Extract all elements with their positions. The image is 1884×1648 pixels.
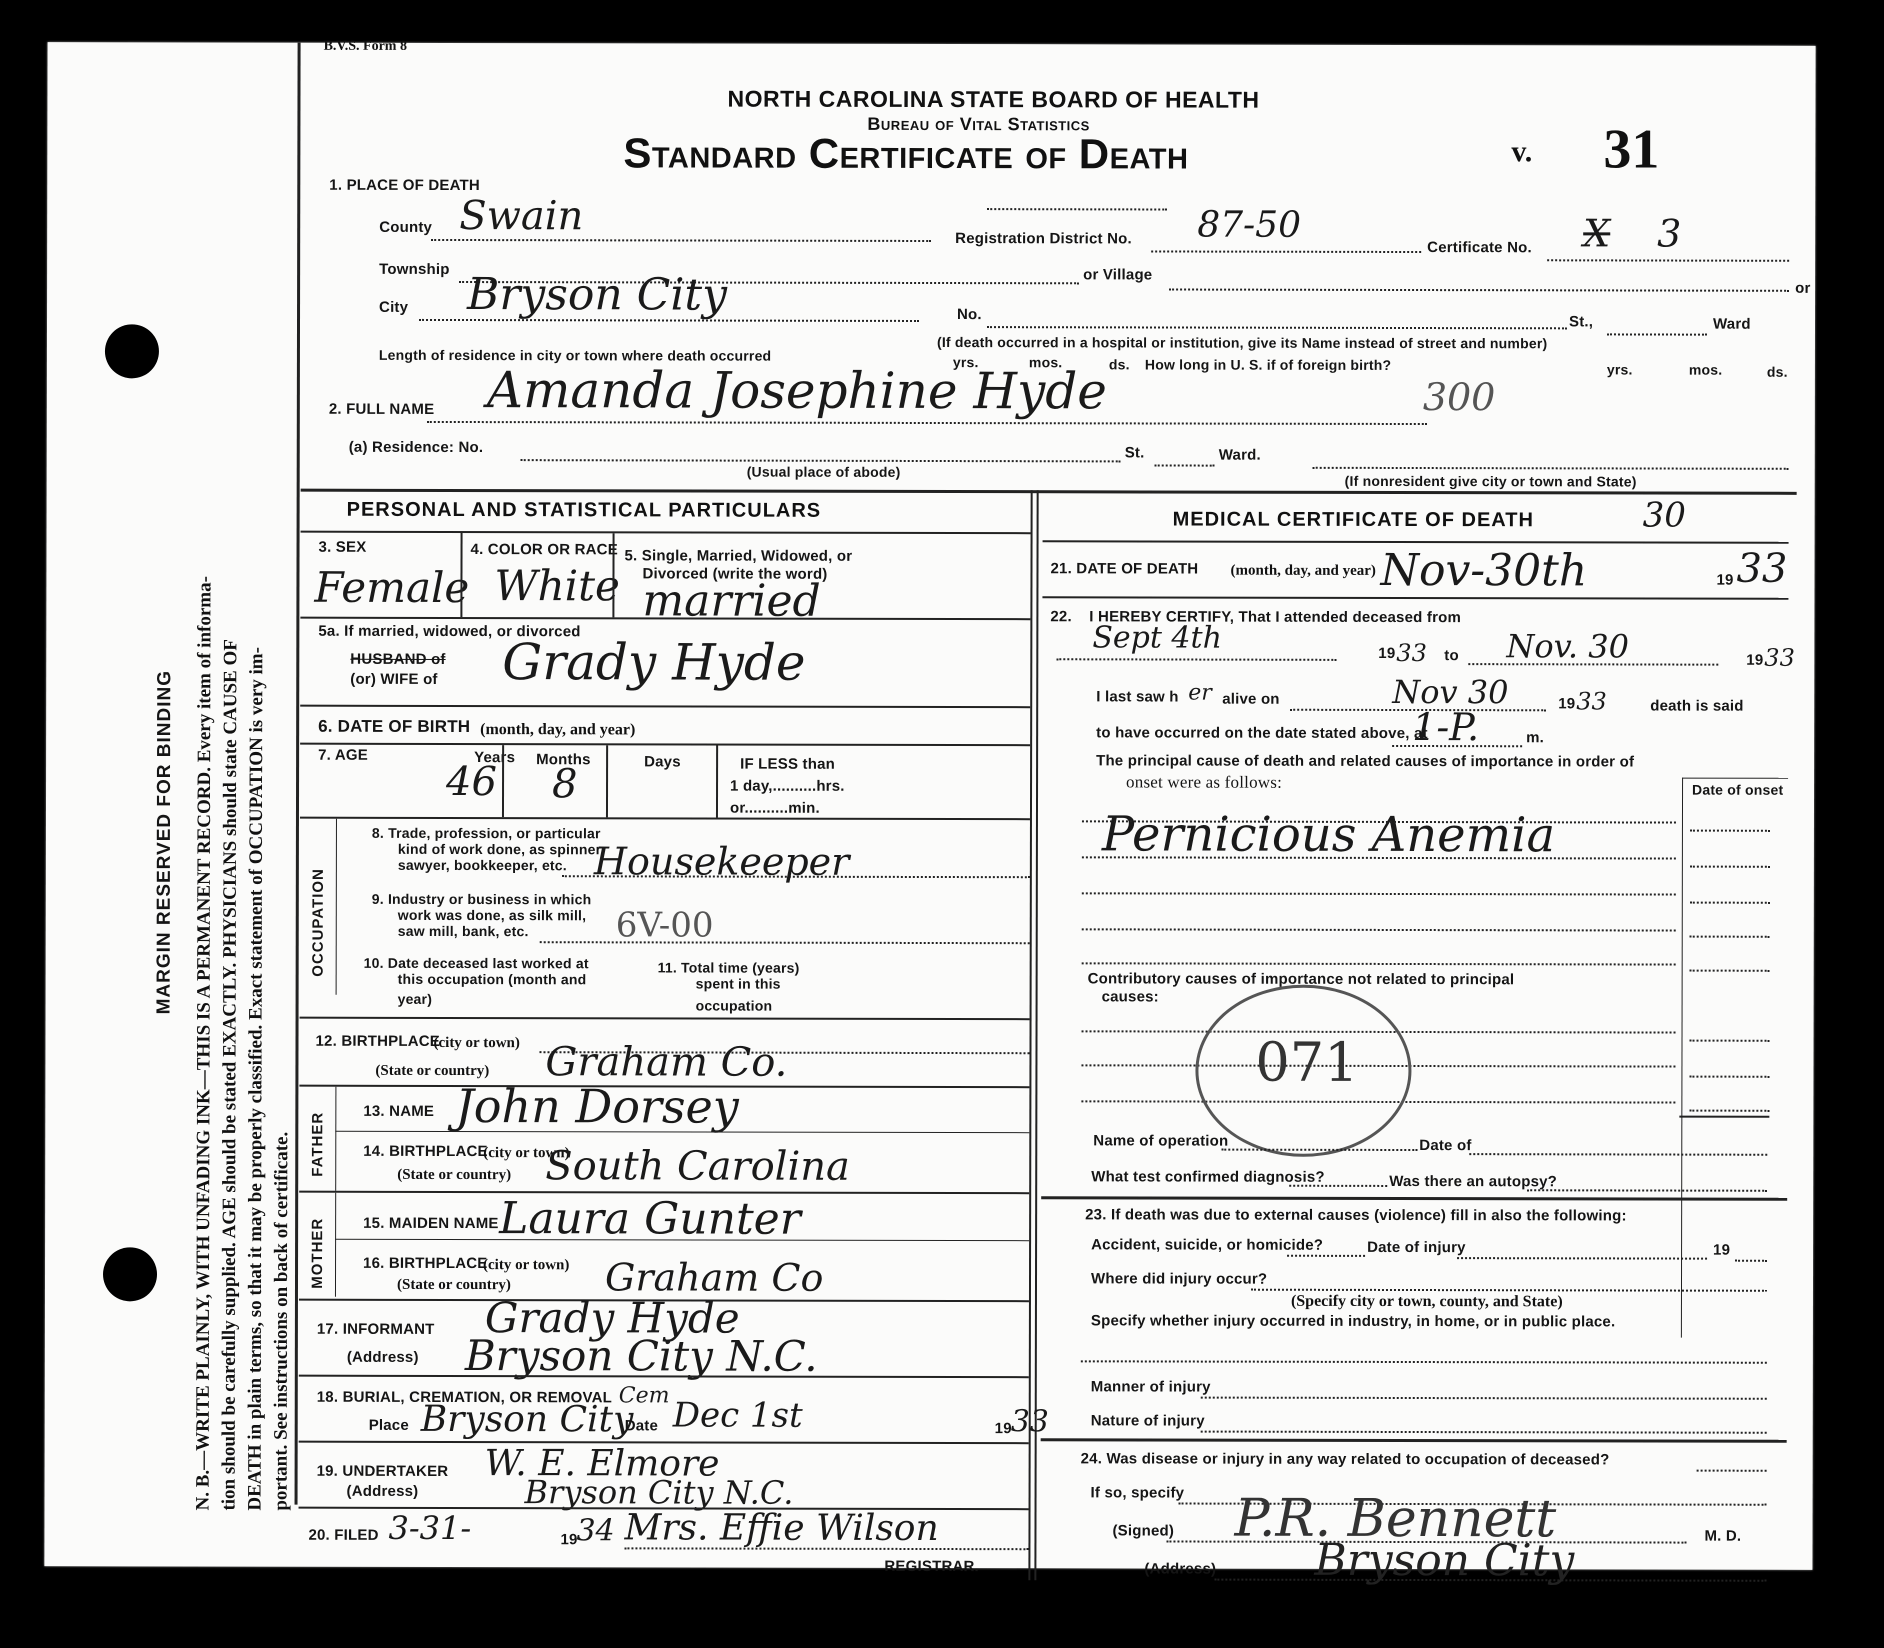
injury-year-prefix: 19 [1713,1242,1730,1259]
margin-binding-label: MARGIN RESERVED FOR BINDING [154,670,177,1014]
manner-injury-line [1201,1397,1767,1400]
test-label: What test confirmed diagnosis? [1091,1168,1325,1185]
classification-code: 071 [1255,1031,1358,1094]
onset-line-3 [1690,902,1770,904]
date-of-death-year[interactable]: 33 [1736,546,1787,592]
date-of-death-label: 21. DATE OF DEATH [1050,560,1198,577]
if-so-specify-label: If so, specify [1091,1484,1185,1501]
agency-title: NORTH CAROLINA STATE BOARD OF HEALTH [727,86,1259,114]
onset-line-5 [1690,970,1770,972]
mother-side-rule [335,1193,336,1297]
occupational-related-line [1697,1470,1767,1472]
date-of-death-value[interactable]: Nov-30th [1380,545,1587,596]
principal-cause-label: The principal cause of death and related… [1096,752,1634,770]
onset-bottom-rule [1679,1116,1769,1118]
certificate-title: Standard Certificate of Death [623,129,1188,178]
informant-label: 17. INFORMANT [317,1321,435,1338]
full-name-label: 2. FULL NAME [329,401,435,418]
race-divider [612,533,614,617]
form-id: B.V.S. Form 8 [324,39,407,55]
foreign-mos-label: mos. [1689,362,1723,378]
margin-instruction-line-2: tion should be carefully supplied. AGE s… [219,639,243,1510]
last-saw-year-prefix: 19 [1558,695,1575,712]
birthplace-state-note: (State or country) [375,1063,489,1080]
race-label: 4. COLOR OR RACE [471,541,618,558]
medical-header-annotation: 30 [1643,495,1686,535]
foreign-ds-label: ds. [1767,364,1788,380]
external-causes-label: 23. If death was due to external causes … [1085,1206,1627,1224]
margin-instruction-line-4: portant. See instructions on back of cer… [271,1132,294,1511]
residence-ward-line [1155,464,1215,466]
where-injury-label: Where did injury occur? [1091,1270,1267,1287]
months-divider [606,745,608,817]
md-label: M. D. [1704,1528,1741,1545]
full-name-line [427,421,1427,425]
residence-nonresident-line [1313,467,1789,470]
place-of-death-label: 1. PLACE OF DEATH [329,177,480,194]
last-worked-label-1: 10. Date deceased last worked at [364,955,589,971]
registrar-signature[interactable]: Mrs. Effie Wilson [624,1507,938,1549]
filed-year-prefix: 19 [560,1531,577,1548]
occupational-related-label: 24. Was disease or injury in any way rel… [1081,1450,1610,1468]
binding-hole-bottom [103,1247,157,1301]
onset-label: onset were as follows: [1126,772,1282,792]
row-rule-5 [300,1017,1030,1021]
father-birthplace-value[interactable]: South Carolina [545,1143,850,1190]
volume-mark: v. [1511,135,1532,169]
dob-label: 6. DATE OF BIRTH [318,717,470,737]
father-birthplace-state-note: (State or country) [397,1167,511,1184]
total-time-label-2: spent in this [696,976,781,992]
birthplace-label: 12. BIRTHPLACE [315,1033,440,1050]
medical-rule-3 [1041,1438,1787,1443]
registration-district-value[interactable]: 87-50 [1197,205,1301,246]
accident-label: Accident, suicide, or homicide? [1091,1236,1323,1253]
days-label: Days [644,753,681,770]
father-side-rule [335,1087,336,1191]
nonresident-note: (If nonresident give city or town and St… [1345,473,1637,490]
binding-hole-top [105,324,159,378]
industry-label-3: saw mill, bank, etc. [398,923,529,939]
street-no-label: No. [957,306,982,323]
time-m-label: m. [1526,729,1544,746]
county-label: County [379,219,432,236]
trade-label-1: 8. Trade, profession, or particular [372,825,601,841]
injury-date-label: Date of injury [1367,1239,1466,1256]
trade-value[interactable]: Housekeeper [594,839,850,884]
attended-from-year-prefix: 19 [1378,645,1395,662]
row-rule-3 [300,743,1030,747]
informant-address-label: (Address) [347,1349,419,1366]
date-of-onset-label: Date of onset [1692,782,1783,798]
years-divider [502,745,504,817]
foreign-yrs-label: yrs. [1607,361,1633,377]
city-value[interactable]: Bryson City [467,269,727,321]
accident-line [1287,1255,1365,1257]
personal-header-rule [301,531,1031,535]
certificate-label: Certificate No. [1427,239,1532,256]
industry-label-1: 9. Industry or business in which [372,891,592,907]
operation-label: Name of operation [1093,1132,1228,1149]
autopsy-line [1527,1189,1767,1192]
operation-line [1221,1149,1417,1151]
mother-birthplace-city-note: (city or town) [483,1257,569,1274]
principal-cause-value[interactable]: Pernicious Anemia [1102,806,1555,863]
physician-address-value[interactable]: Bryson City [1314,1535,1574,1587]
cause-line-3 [1082,892,1676,895]
attended-from-value[interactable]: Sept 4th [1092,620,1222,655]
mother-maiden-value[interactable]: Laura Gunter [499,1193,801,1245]
filed-date-value[interactable]: 3-31- [388,1509,471,1547]
row-rule-2 [300,705,1030,709]
residence-st-label: St. [1125,444,1145,461]
medical-section-header: MEDICAL CERTIFICATE OF DEATH [1173,509,1534,533]
operation-date-label: Date of [1419,1137,1471,1154]
date-of-death-note: (month, day, and year) [1230,563,1375,580]
nature-injury-label: Nature of injury [1091,1412,1205,1429]
last-saw-label: I last saw h [1096,688,1178,705]
last-saw-pronoun[interactable]: er [1188,681,1212,706]
cause-line-5 [1082,962,1676,965]
abode-note: (Usual place of abode) [747,464,901,480]
manner-injury-label: Manner of injury [1091,1378,1211,1395]
village-line [1169,288,1789,291]
margin-instruction-line-3: DEATH in plain terms, so that it may be … [245,647,269,1511]
attended-to-year[interactable]: 33 [1764,644,1795,672]
autopsy-label: Was there an autopsy? [1389,1173,1557,1190]
foreign-birth-label: How long in U. S. if of foreign birth? [1145,356,1391,373]
occurred-label: to have occurred on the date stated abov… [1096,724,1428,742]
time-value[interactable]: 1-P. [1412,705,1479,749]
certificate-value[interactable]: 3 [1657,212,1681,256]
industry-label-2: work was done, as silk mill, [398,907,586,923]
father-side-label: FATHER [309,1112,326,1177]
ward-label: Ward [1713,316,1751,333]
filed-label: 20. FILED [308,1527,378,1544]
street-label: St., [1569,313,1593,330]
attended-to-year-prefix: 19 [1746,652,1763,669]
occupation-side-label: OCCUPATION [310,868,327,977]
burial-place-value[interactable]: Bryson City [421,1399,634,1440]
onset-line-4 [1690,936,1770,938]
residence-ds-label: ds. [1109,356,1130,372]
industry-line [540,941,1030,944]
where-injury-line [1251,1289,1767,1292]
or-min-label: or..........min. [730,800,820,817]
certificate-line [1547,259,1789,262]
medical-rule-1 [1042,596,1788,600]
occupation-side-rule [336,819,337,995]
section-divider [301,489,1797,495]
medical-rule-2 [1041,1196,1787,1201]
burial-place-label: Place [369,1417,409,1434]
alive-on-label: alive on [1222,691,1280,708]
certificate-struck-value: X [1583,211,1610,255]
or-label: or [1795,280,1810,297]
onset-line-2 [1690,866,1770,868]
street-no-line [987,326,1567,329]
death-certificate-page: MARGIN RESERVED FOR BINDING N. B.—WRITE … [44,42,1815,1570]
county-value[interactable]: Swain [459,193,583,239]
burial-date-value[interactable]: Dec 1st [673,1395,803,1435]
full-name-value[interactable]: Amanda Josephine Hyde [487,361,1107,420]
last-worked-label-3: year) [398,991,433,1007]
mother-side-label: MOTHER [309,1218,326,1289]
burial-year-value[interactable]: 33 [1011,1404,1049,1439]
physician-address-label: (Address) [1144,1560,1216,1577]
spouse-value[interactable]: Grady Hyde [502,633,805,692]
mother-birthplace-label: 16. BIRTHPLACE [363,1255,488,1272]
row-rule-4 [300,817,1030,821]
cause-line-4 [1082,928,1676,931]
undertaker-label: 19. UNDERTAKER [317,1463,449,1480]
township-label: Township [379,261,450,278]
father-birthplace-label: 14. BIRTHPLACE [363,1143,488,1160]
injury-year-line [1735,1260,1767,1262]
injury-date-line [1457,1257,1707,1260]
operation-date-line [1469,1153,1767,1156]
attended-from-line [1056,658,1336,661]
onset-line-8 [1689,1110,1769,1112]
less-than-label: IF LESS than [740,756,835,773]
onset-line-7 [1689,1076,1769,1078]
undertaker-address-label: (Address) [347,1483,419,1500]
where-injury-note: (Specify city or town, county, and State… [1291,1293,1563,1312]
months-value[interactable]: 8 [552,761,578,807]
registrar-label: REGISTRAR. [884,1558,979,1575]
medical-header-rule [1043,540,1789,544]
volume-number: 31 [1603,117,1659,181]
total-time-label-3: occupation [696,998,773,1014]
sex-value[interactable]: Female [314,563,469,612]
contributory-label-2: causes: [1102,988,1159,1005]
registrar-line [624,1547,1028,1550]
county-field-line [431,239,931,242]
date-of-death-year-prefix: 19 [1716,572,1733,589]
total-time-label-1: 11. Total time (years) [658,959,800,975]
sex-label: 3. SEX [319,539,367,556]
birthplace-city-note: (city or town) [433,1035,519,1052]
undertaker-address-value[interactable]: Bryson City N.C. [525,1473,794,1512]
wife-label: (or) WIFE of [350,671,437,688]
hospital-note: (If death occurred in a hospital or inst… [937,334,1547,351]
city-label: City [379,299,408,316]
informant-address-value[interactable]: Bryson City N.C. [465,1331,818,1381]
specify-injury-place-label: Specify whether injury occurred in indus… [1091,1312,1615,1330]
attended-to-label: to [1444,647,1459,664]
personal-section-header: PERSONAL AND STATISTICAL PARTICULARS [347,499,822,523]
signed-label: (Signed) [1112,1522,1174,1539]
onset-line-1 [1690,830,1770,832]
marital-label: 5. Single, Married, Widowed, or [625,547,853,564]
margin-rule [295,43,301,1505]
husband-label: HUSBAND of [350,651,445,668]
trade-label-3: sawyer, bookkeeper, etc. [398,857,567,873]
onset-column-divider [1681,778,1683,1338]
mother-maiden-label: 15. MAIDEN NAME [363,1215,499,1232]
industry-value[interactable]: 6V-00 [616,905,714,945]
last-worked-label-2: this occupation (month and [398,971,587,987]
years-value[interactable]: 46 [446,759,497,805]
filed-year-value[interactable]: 34 [576,1513,614,1548]
race-value[interactable]: White [494,561,619,610]
attended-from-year[interactable]: 33 [1396,639,1427,667]
village-label: or Village [1083,266,1152,283]
burial-date-label: Date [625,1417,658,1434]
onset-line-6 [1690,1040,1770,1042]
county-extra-line [987,208,1167,210]
residence-label: (a) Residence: No. [349,439,484,456]
mother-birthplace-state-note: (State or country) [397,1277,511,1294]
trade-label-2: kind of work done, as spinner, [398,841,605,857]
age-label: 7. AGE [318,747,368,764]
father-name-value[interactable]: John Dorsey [455,1079,739,1134]
margin-instruction-line-1: N. B.—WRITE PLAINLY, WITH UNFADING INK—T… [193,576,217,1510]
onset-header-rule [1682,778,1788,779]
day-hrs-label: 1 day,..........hrs. [730,778,845,795]
sex-divider [460,533,462,617]
death-said-label: death is said [1650,698,1744,715]
specify-injury-place-line [1081,1360,1767,1363]
dob-note: (month, day, and year) [480,721,635,739]
residence-ward-label: Ward. [1219,447,1261,464]
registration-district-line [1151,250,1421,253]
nature-injury-line [1201,1431,1767,1434]
full-name-pencil-code: 300 [1423,375,1496,419]
last-saw-year[interactable]: 33 [1576,687,1607,715]
burial-year-prefix: 19 [995,1420,1012,1437]
attended-to-value[interactable]: Nov. 30 [1506,627,1629,665]
days-divider [716,746,718,818]
registration-district-label: Registration District No. [955,230,1132,247]
test-line [1289,1185,1387,1187]
residence-no-line [521,459,1121,462]
ward-line [1607,333,1707,335]
father-name-label: 13. NAME [363,1103,434,1120]
